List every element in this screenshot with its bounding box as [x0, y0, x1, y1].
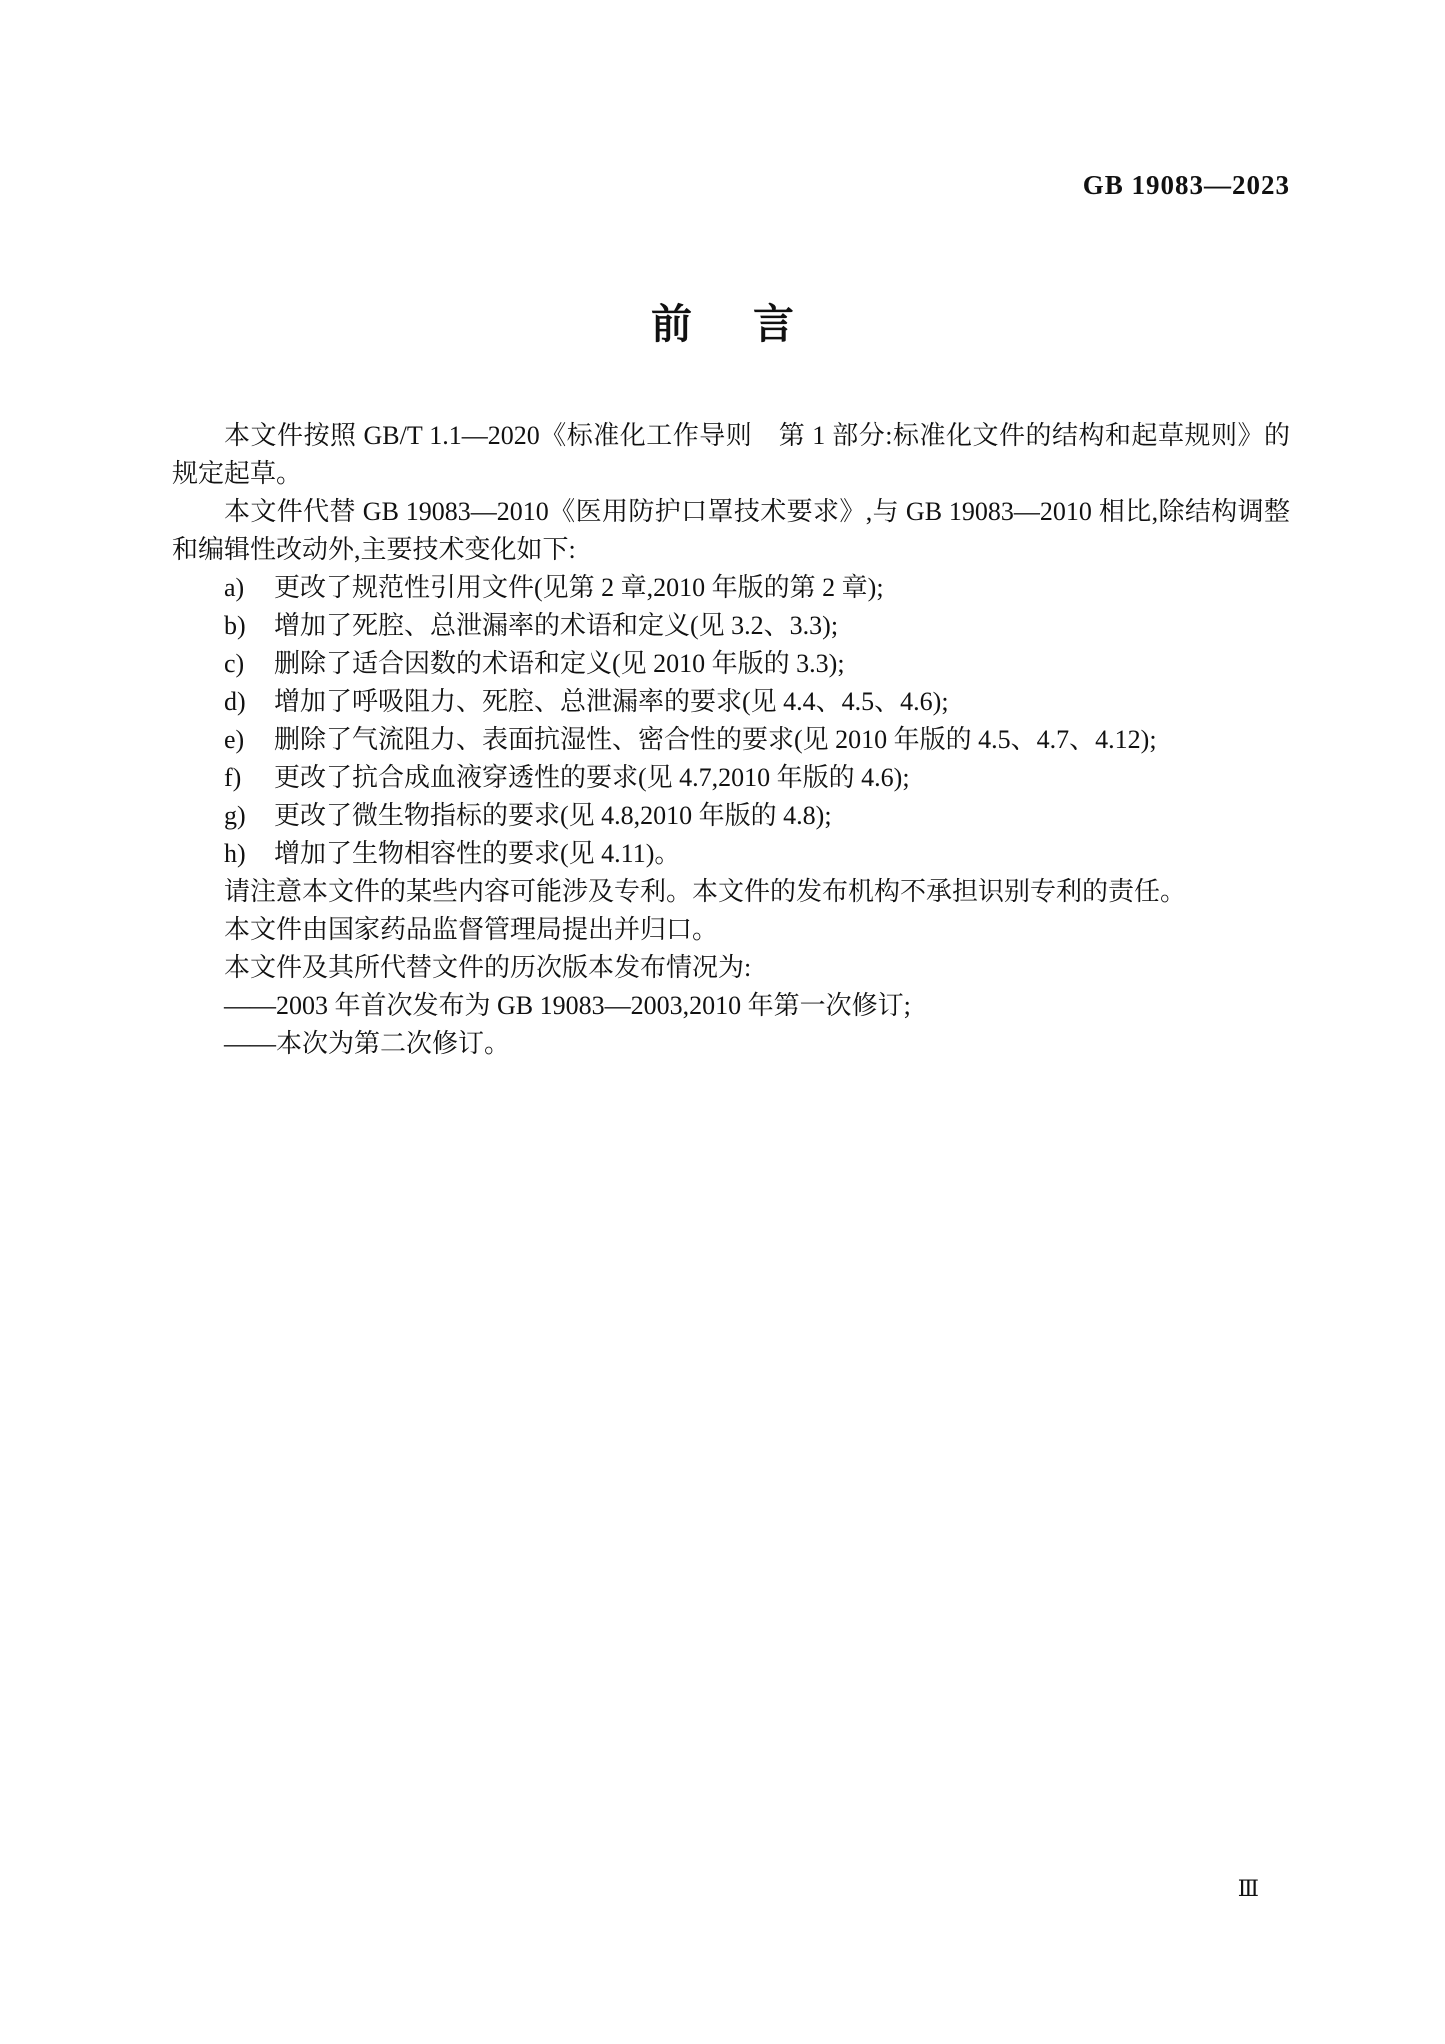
change-item: c)删除了适合因数的术语和定义(见 2010 年版的 3.3);	[172, 645, 1290, 683]
change-item-text: 更改了抗合成血液穿透性的要求(见 4.7,2010 年版的 4.6);	[274, 763, 910, 792]
change-item-label: g)	[224, 797, 274, 835]
change-item: f)更改了抗合成血液穿透性的要求(见 4.7,2010 年版的 4.6);	[172, 759, 1290, 797]
paragraph: 请注意本文件的某些内容可能涉及专利。本文件的发布机构不承担识别专利的责任。	[172, 873, 1290, 911]
paragraph: 本文件及其所代替文件的历次版本发布情况为:	[172, 949, 1290, 987]
paragraph: ——本次为第二次修订。	[172, 1025, 1290, 1063]
change-item-text: 增加了呼吸阻力、死腔、总泄漏率的要求(见 4.4、4.5、4.6);	[274, 687, 949, 716]
page-title: 前 言	[0, 291, 1445, 350]
doc-number: GB 19083—2023	[172, 170, 1290, 201]
change-item: d)增加了呼吸阻力、死腔、总泄漏率的要求(见 4.4、4.5、4.6);	[172, 683, 1290, 721]
change-item: a)更改了规范性引用文件(见第 2 章,2010 年版的第 2 章);	[172, 569, 1290, 607]
change-item-text: 增加了死腔、总泄漏率的术语和定义(见 3.2、3.3);	[274, 611, 838, 640]
paragraph: ——2003 年首次发布为 GB 19083—2003,2010 年第一次修订;	[172, 987, 1290, 1025]
paragraph: 本文件按照 GB/T 1.1—2020《标准化工作导则 第 1 部分:标准化文件…	[172, 417, 1290, 493]
change-item-label: e)	[224, 721, 274, 759]
document-page: GB 19083—2023 前 言 本文件按照 GB/T 1.1—2020《标准…	[0, 0, 1445, 2044]
change-item-label: c)	[224, 645, 274, 683]
paragraphs-after-list: 请注意本文件的某些内容可能涉及专利。本文件的发布机构不承担识别专利的责任。 本文…	[172, 873, 1290, 1063]
change-item: e)删除了气流阻力、表面抗湿性、密合性的要求(见 2010 年版的 4.5、4.…	[172, 721, 1290, 759]
change-item-label: f)	[224, 759, 274, 797]
change-item-label: b)	[224, 607, 274, 645]
change-item-text: 更改了规范性引用文件(见第 2 章,2010 年版的第 2 章);	[274, 573, 884, 602]
change-list: a)更改了规范性引用文件(见第 2 章,2010 年版的第 2 章); b)增加…	[172, 569, 1290, 873]
change-item-label: a)	[224, 569, 274, 607]
change-item: h)增加了生物相容性的要求(见 4.11)。	[172, 835, 1290, 873]
page-number: Ⅲ	[1238, 1876, 1260, 1902]
paragraph: 本文件代替 GB 19083—2010《医用防护口罩技术要求》,与 GB 190…	[172, 493, 1290, 569]
document-body: 本文件按照 GB/T 1.1—2020《标准化工作导则 第 1 部分:标准化文件…	[172, 417, 1290, 1063]
change-item-text: 删除了适合因数的术语和定义(见 2010 年版的 3.3);	[274, 649, 845, 678]
change-item-text: 删除了气流阻力、表面抗湿性、密合性的要求(见 2010 年版的 4.5、4.7、…	[274, 725, 1157, 754]
change-item-text: 增加了生物相容性的要求(见 4.11)。	[274, 839, 680, 868]
paragraphs-before-list: 本文件按照 GB/T 1.1—2020《标准化工作导则 第 1 部分:标准化文件…	[172, 417, 1290, 569]
change-item-label: d)	[224, 683, 274, 721]
change-item-text: 更改了微生物指标的要求(见 4.8,2010 年版的 4.8);	[274, 801, 832, 830]
change-item: b)增加了死腔、总泄漏率的术语和定义(见 3.2、3.3);	[172, 607, 1290, 645]
change-item: g)更改了微生物指标的要求(见 4.8,2010 年版的 4.8);	[172, 797, 1290, 835]
paragraph: 本文件由国家药品监督管理局提出并归口。	[172, 911, 1290, 949]
change-item-label: h)	[224, 835, 274, 873]
